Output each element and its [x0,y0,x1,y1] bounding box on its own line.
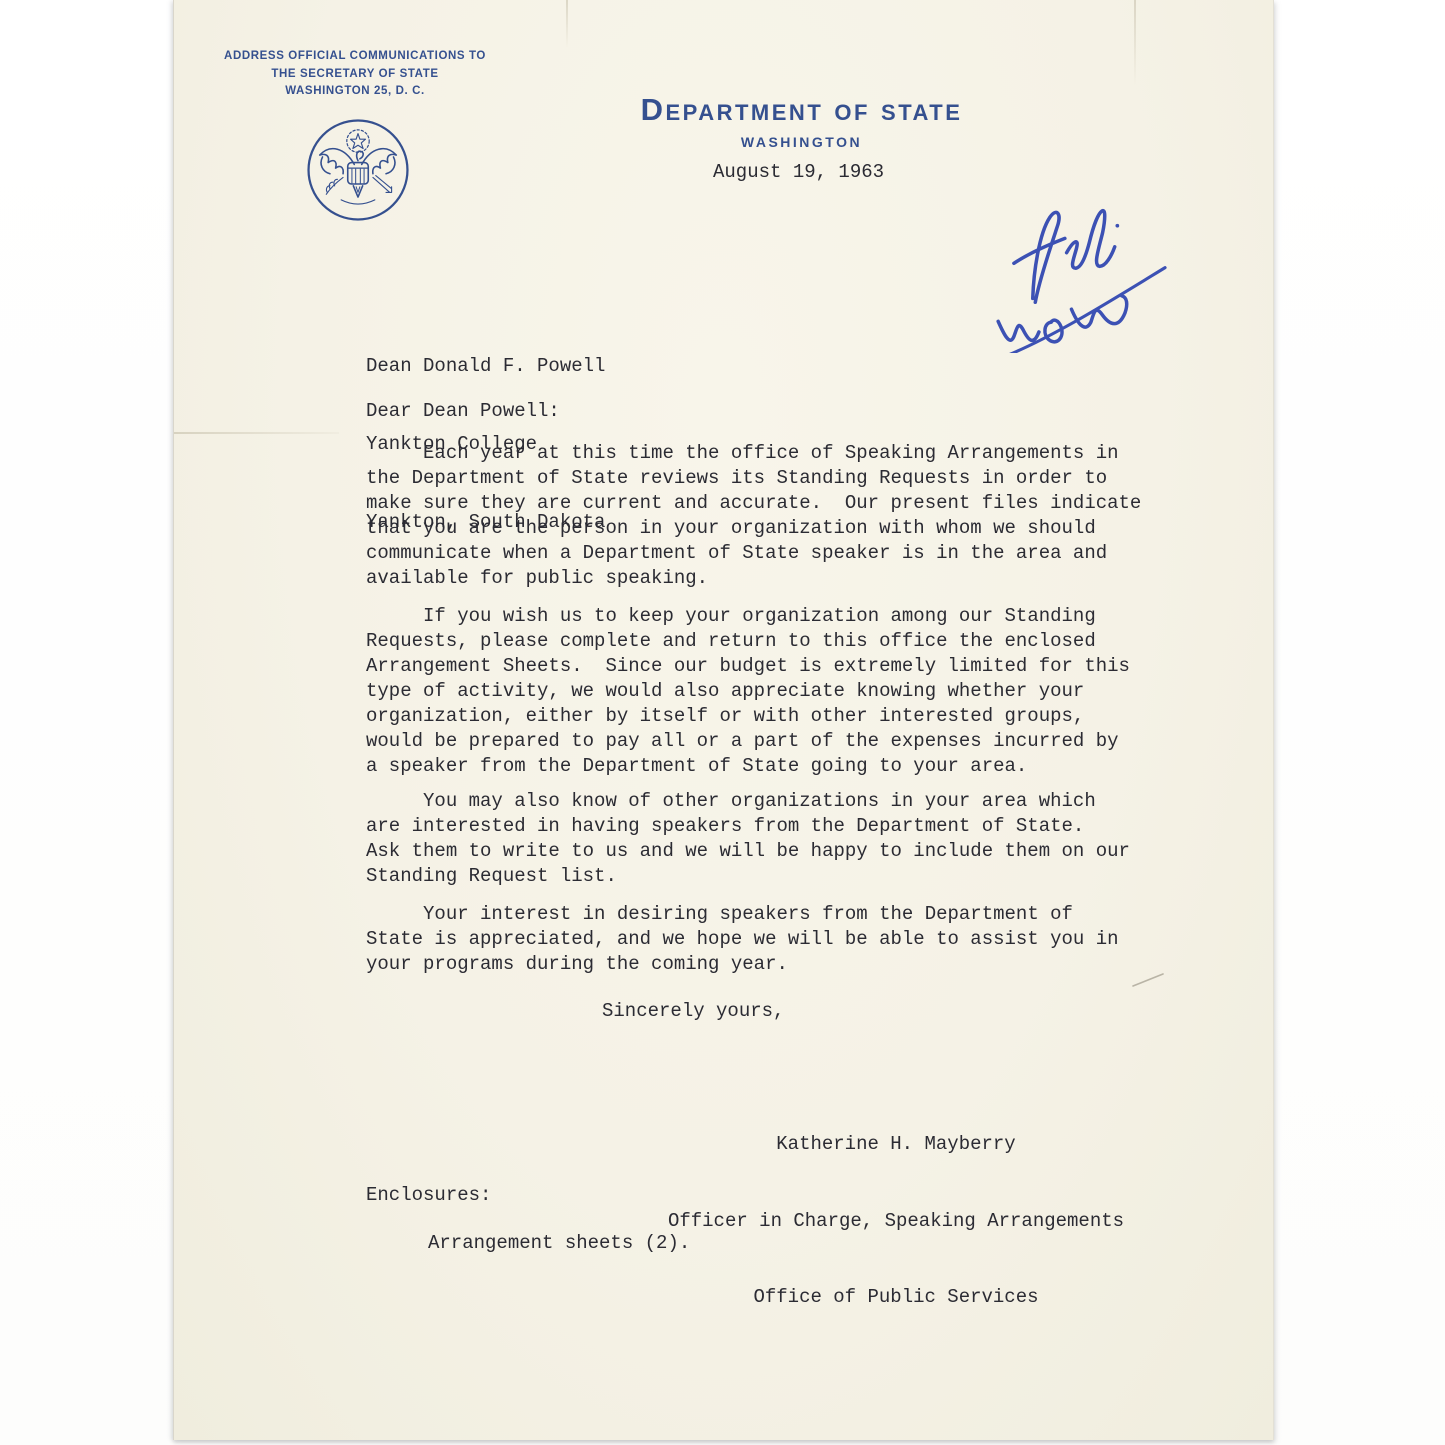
letterhead-address-line: WASHINGTON 25, D. C. [210,83,500,101]
enclosures-label: Enclosures: [366,1183,491,1208]
body-paragraph: If you wish us to keep your organization… [366,604,1206,779]
body-paragraph: You may also know of other organizations… [366,789,1206,889]
signature-name: Katherine H. Mayberry [655,1132,1137,1158]
stray-mark [1129,970,1169,990]
signature-block: Katherine H. Mayberry Officer in Charge,… [655,1081,1137,1362]
letterhead-address: ADDRESS OFFICIAL COMMUNICATIONS TO THE S… [210,48,500,101]
scan-background: ADDRESS OFFICIAL COMMUNICATIONS TO THE S… [0,0,1445,1445]
recipient-line: Dean Donald F. Powell [366,353,605,379]
letterhead-city: WASHINGTON [629,134,974,150]
fold-crease [566,0,568,48]
us-great-seal-icon [302,114,414,226]
letterhead-address-line: THE SECRETARY OF STATE [210,66,500,84]
body-paragraph: Each year at this time the office of Spe… [366,441,1206,591]
signature-title: Officer in Charge, Speaking Arrangements [655,1209,1137,1235]
fold-crease [1134,0,1136,85]
signature-office: Office of Public Services [655,1285,1137,1311]
salutation: Dear Dean Powell: [366,399,560,424]
handwritten-note: File WOW [974,188,1174,353]
closing: Sincerely yours, [602,999,784,1024]
letterhead-address-line: ADDRESS OFFICIAL COMMUNICATIONS TO [210,48,500,66]
handwriting-strokes-icon [974,188,1174,353]
letter-paper: ADDRESS OFFICIAL COMMUNICATIONS TO THE S… [173,0,1274,1440]
letterhead-title: Department of State [629,92,974,128]
enclosures-item: Arrangement sheets (2). [428,1231,690,1256]
body-paragraph: Your interest in desiring speakers from … [366,902,1206,977]
letter-date: August 19, 1963 [713,160,884,185]
fold-crease [174,432,339,434]
